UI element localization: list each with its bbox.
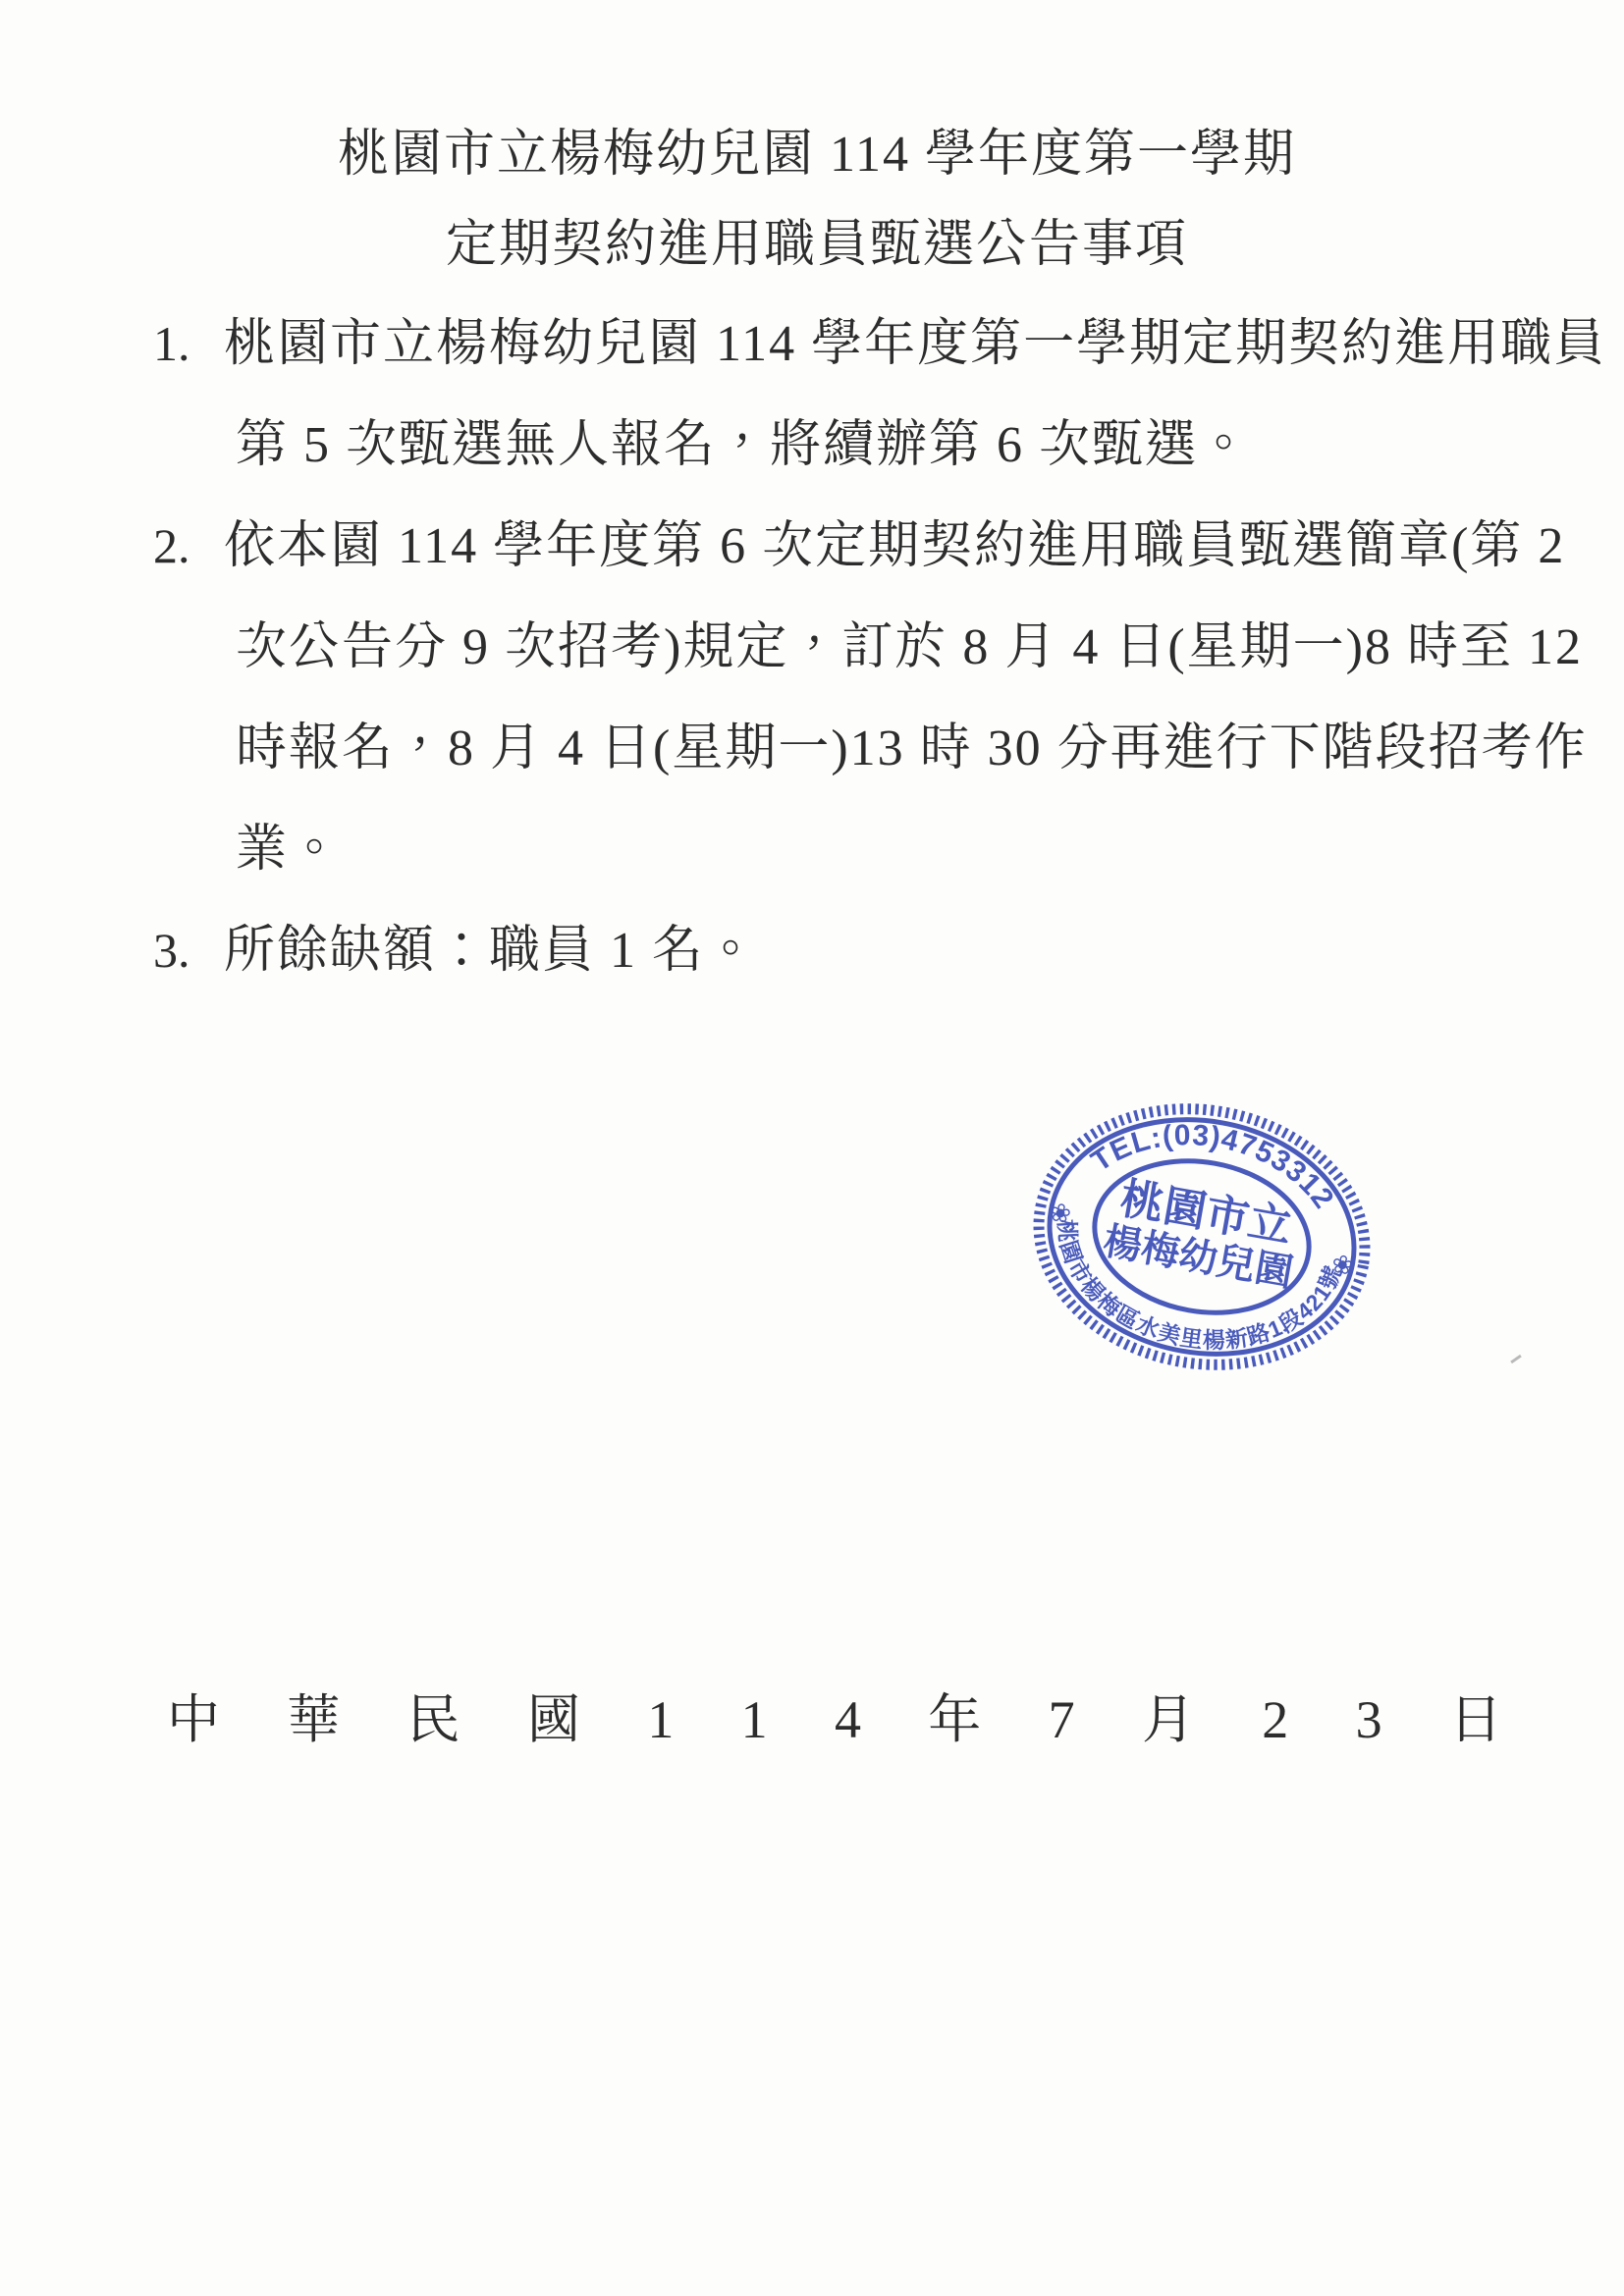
date-char: 1 — [741, 1681, 768, 1759]
item-text-line: 時報名，8 月 4 日(星期一)13 時 30 分再進行下階段招考作 — [236, 698, 1532, 799]
list-item: 1. 桃園市立楊梅幼兒園 114 學年度第一學期定期契約進用職員 第 5 次甄選… — [236, 294, 1532, 496]
date-line: 中 華 民 國 1 1 4 年 7 月 2 3 日 — [167, 1681, 1502, 1759]
item-text-line: 次公告分 9 次招考)規定，訂於 8 月 4 日(星期一)8 時至 12 — [236, 597, 1532, 698]
official-stamp: TEL:(03)4753312 桃園市立 楊梅幼兒園 ❀ ❀ 桃園市楊梅區水美里… — [1008, 1074, 1396, 1401]
list-item: 3. 所餘缺額：職員 1 名。 — [236, 900, 1532, 1001]
date-char: 3 — [1356, 1681, 1382, 1759]
item-text-line: 業。 — [236, 799, 1532, 900]
item-number: 3. — [153, 900, 222, 1001]
official-stamp-graphic: TEL:(03)4753312 桃園市立 楊梅幼兒園 ❀ ❀ 桃園市楊梅區水美里… — [1008, 1074, 1396, 1401]
scan-artifact — [1510, 1353, 1524, 1368]
date-char: 2 — [1262, 1681, 1288, 1759]
list-item: 2. 依本園 114 學年度第 6 次定期契約進用職員甄選簡章(第 2 次公告分… — [236, 496, 1532, 900]
title-line-2: 定期契約進用職員甄選公告事項 — [29, 200, 1604, 291]
date-char: 年 — [928, 1681, 981, 1759]
item-text-line: 桃園市立楊梅幼兒園 114 學年度第一學期定期契約進用職員 — [224, 294, 1532, 395]
date-char: 國 — [527, 1681, 580, 1759]
title-line-1: 桃園市立楊梅幼兒園 114 學年度第一學期 — [29, 110, 1604, 200]
document-title: 桃園市立楊梅幼兒園 114 學年度第一學期 定期契約進用職員甄選公告事項 — [29, 110, 1604, 291]
item-number: 2. — [153, 496, 222, 597]
document-page: 桃園市立楊梅幼兒園 114 學年度第一學期 定期契約進用職員甄選公告事項 1. … — [0, 0, 1624, 2296]
item-text-line: 所餘缺額：職員 1 名。 — [224, 900, 1532, 1001]
date-char: 華 — [287, 1681, 340, 1759]
announcement-list: 1. 桃園市立楊梅幼兒園 114 學年度第一學期定期契約進用職員 第 5 次甄選… — [236, 294, 1532, 1001]
item-text-line: 第 5 次甄選無人報名，將續辦第 6 次甄選。 — [236, 395, 1532, 496]
date-char: 7 — [1049, 1681, 1075, 1759]
date-char: 4 — [835, 1681, 861, 1759]
item-number: 1. — [153, 294, 222, 395]
date-char: 中 — [167, 1681, 220, 1759]
date-char: 月 — [1142, 1681, 1195, 1759]
date-char: 1 — [647, 1681, 674, 1759]
date-char: 民 — [407, 1681, 460, 1759]
date-char: 日 — [1449, 1681, 1502, 1759]
item-text-line: 依本園 114 學年度第 6 次定期契約進用職員甄選簡章(第 2 — [224, 496, 1532, 597]
